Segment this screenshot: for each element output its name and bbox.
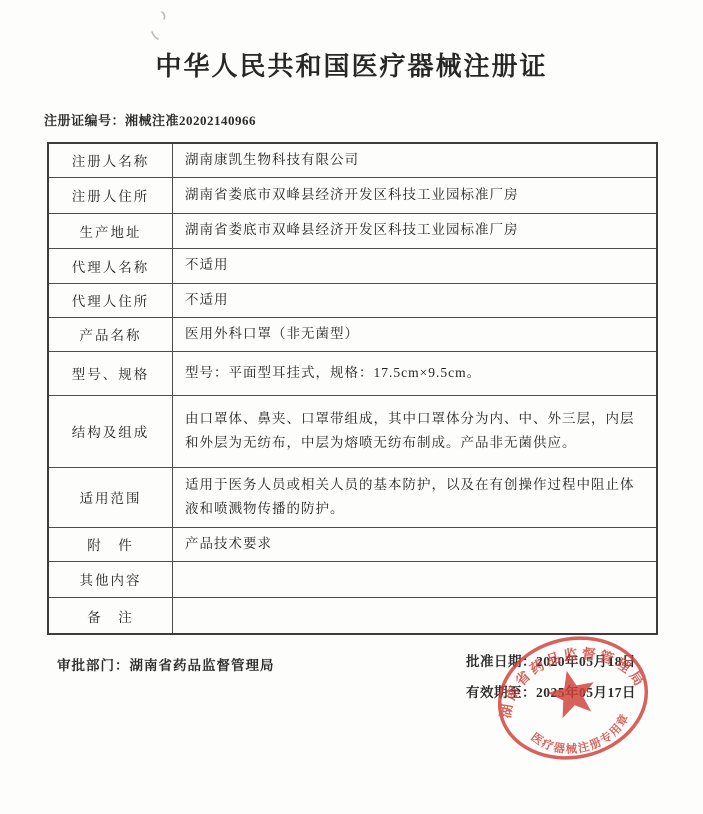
row-value: 医用外科口罩（非无菌型） xyxy=(173,317,658,351)
cert-number-label: 注册证编号： xyxy=(44,113,125,128)
row-value: 型号：平面型耳挂式，规格：17.5cm×9.5cm。 xyxy=(173,351,658,395)
table-row: 注册人住所 湖南省娄底市双峰县经济开发区科技工业园标准厂房 xyxy=(48,177,657,213)
row-label: 适用范围 xyxy=(48,467,173,527)
valid-until-label: 有效期至： xyxy=(466,685,536,700)
approval-date-label: 批准日期： xyxy=(466,654,536,669)
cert-number-line: 注册证编号：湘械注准20202140966 xyxy=(44,110,256,129)
svg-text:医疗器械注册专用章: 医疗器械注册专用章 xyxy=(526,708,637,764)
page-title: 中华人民共和国医疗器械注册证 xyxy=(0,46,703,83)
cert-number-value: 湘械注准20202140966 xyxy=(125,113,256,128)
row-label: 代理人名称 xyxy=(48,248,173,283)
table-row: 适用范围 适用于医务人员或相关人员的基本防护，以及在有创操作过程中阻止体液和喷溅… xyxy=(48,467,657,527)
valid-until-line: 有效期至：2025年05月17日 xyxy=(466,677,636,708)
table-row: 代理人名称 不适用 xyxy=(48,248,657,283)
row-value: 不适用 xyxy=(173,283,658,317)
dates-block: 批准日期：2020年05月18日 有效期至：2025年05月17日 xyxy=(466,646,636,708)
row-label: 备 注 xyxy=(48,597,173,634)
row-label: 产品名称 xyxy=(48,317,173,351)
approval-date-line: 批准日期：2020年05月18日 xyxy=(466,646,636,677)
approval-department-line: 审批部门：湖南省药品监督管理局 xyxy=(57,654,275,674)
row-value: 由口罩体、鼻夹、口罩带组成，其中口罩体分为内、中、外三层，内层和外层为无纺布，中… xyxy=(173,395,658,467)
row-value: 湖南康凯生物科技有限公司 xyxy=(173,143,658,177)
row-value: 湖南省娄底市双峰县经济开发区科技工业园标准厂房 xyxy=(173,177,658,213)
row-value: 不适用 xyxy=(173,248,658,283)
row-value: 适用于医务人员或相关人员的基本防护，以及在有创操作过程中阻止体液和喷溅物传播的防… xyxy=(173,467,658,527)
approval-date-value: 2020年05月18日 xyxy=(536,654,636,669)
table-row: 产品名称 医用外科口罩（非无菌型） xyxy=(48,317,657,351)
seal-purpose-text: 医疗器械注册专用章 xyxy=(526,708,637,764)
certificate-table: 注册人名称 湖南康凯生物科技有限公司 注册人住所 湖南省娄底市双峰县经济开发区科… xyxy=(47,142,658,635)
row-value xyxy=(173,597,658,634)
row-value: 湖南省娄底市双峰县经济开发区科技工业园标准厂房 xyxy=(173,213,658,248)
approval-department-label: 审批部门： xyxy=(57,658,130,673)
row-value: 产品技术要求 xyxy=(173,527,658,561)
table-row: 结构及组成 由口罩体、鼻夹、口罩带组成，其中口罩体分为内、中、外三层，内层和外层… xyxy=(48,395,657,467)
approval-department-value: 湖南省药品监督管理局 xyxy=(130,658,275,673)
row-label: 注册人住所 xyxy=(48,177,173,213)
row-value xyxy=(173,561,658,597)
row-label: 结构及组成 xyxy=(48,395,173,467)
scan-artifact xyxy=(142,6,188,48)
row-label: 型号、规格 xyxy=(48,351,173,395)
table-row: 注册人名称 湖南康凯生物科技有限公司 xyxy=(48,143,657,177)
table-row: 型号、规格 型号：平面型耳挂式，规格：17.5cm×9.5cm。 xyxy=(48,351,657,395)
valid-until-value: 2025年05月17日 xyxy=(536,685,636,700)
row-label: 注册人名称 xyxy=(48,143,173,177)
certificate-page: 中华人民共和国医疗器械注册证 注册证编号：湘械注准20202140966 注册人… xyxy=(0,0,703,814)
row-label: 代理人住所 xyxy=(48,283,173,317)
row-label: 生产地址 xyxy=(48,213,173,248)
row-label: 其他内容 xyxy=(48,561,173,597)
table-row: 附 件 产品技术要求 xyxy=(48,527,657,561)
table-row: 其他内容 xyxy=(48,561,657,597)
row-label: 附 件 xyxy=(48,527,173,561)
table-row: 代理人住所 不适用 xyxy=(48,283,657,317)
table-row: 生产地址 湖南省娄底市双峰县经济开发区科技工业园标准厂房 xyxy=(48,213,657,248)
table-row: 备 注 xyxy=(48,597,657,634)
